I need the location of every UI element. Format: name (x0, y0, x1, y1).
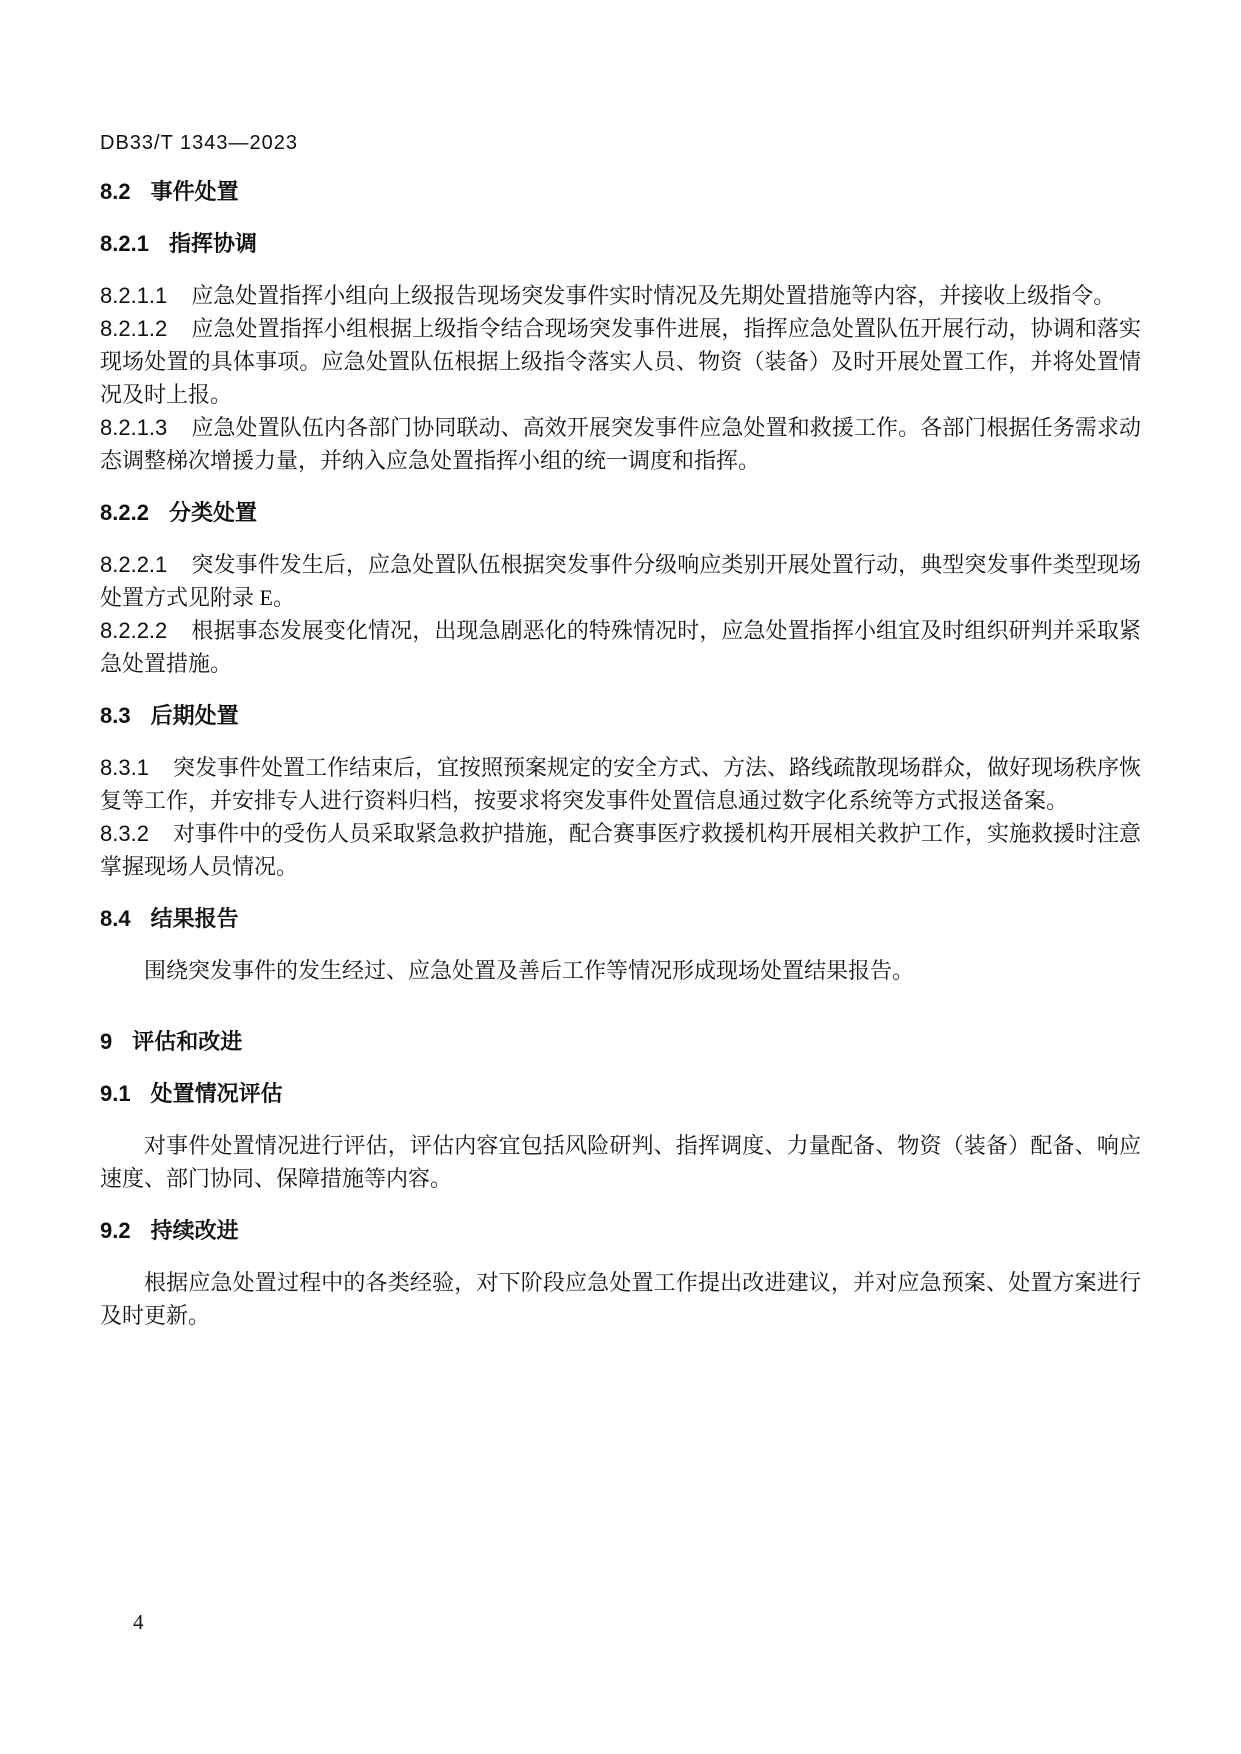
clause-number: 8.2.2.1 (100, 552, 167, 577)
document-page: DB33/T 1343—2023 8.2事件处置 8.2.1指挥协调 8.2.1… (0, 0, 1241, 1754)
paragraph-9-2-body: 根据应急处置过程中的各类经验，对下阶段应急处置工作提出改进建议，并对应急预案、处… (100, 1266, 1141, 1332)
heading-title: 后期处置 (151, 703, 239, 728)
clause-8-2-2-2: 8.2.2.2根据事态发展变化情况，出现急剧恶化的特殊情况时，应急处置指挥小组宜… (100, 614, 1141, 680)
heading-title: 评估和改进 (132, 1029, 242, 1054)
clause-text: 应急处置队伍内各部门协同联动、高效开展突发事件应急处置和救援工作。各部门根据任务… (100, 415, 1141, 473)
heading-number: 9.1 (100, 1081, 131, 1106)
clause-8-2-1-1: 8.2.1.1应急处置指挥小组向上级报告现场突发事件实时情况及先期处置措施等内容… (100, 279, 1141, 312)
heading-number: 8.3 (100, 703, 131, 728)
clause-number: 8.2.1.3 (100, 415, 167, 440)
clause-number: 8.3.1 (100, 755, 149, 780)
heading-9: 9评估和改进 (100, 1025, 1141, 1058)
heading-number: 9.2 (100, 1218, 131, 1243)
clause-8-3-2: 8.3.2对事件中的受伤人员采取紧急救护措施，配合赛事医疗救援机构开展相关救护工… (100, 817, 1141, 883)
heading-number: 8.2 (100, 179, 131, 204)
clause-8-2-1-2: 8.2.1.2应急处置指挥小组根据上级指令结合现场突发事件进展，指挥应急处置队伍… (100, 312, 1141, 411)
heading-number: 9 (100, 1029, 112, 1054)
heading-number: 8.2.2 (100, 500, 149, 525)
clause-text: 根据事态发展变化情况，出现急剧恶化的特殊情况时，应急处置指挥小组宜及时组织研判并… (100, 618, 1141, 676)
heading-9-2: 9.2持续改进 (100, 1214, 1141, 1247)
heading-title: 处置情况评估 (151, 1081, 283, 1106)
heading-title: 持续改进 (151, 1218, 239, 1243)
clause-number: 8.3.2 (100, 821, 149, 846)
heading-8-2: 8.2事件处置 (100, 175, 1141, 208)
page-number: 4 (133, 1610, 144, 1635)
clause-8-2-2-1: 8.2.2.1突发事件发生后，应急处置队伍根据突发事件分级响应类别开展处置行动，… (100, 548, 1141, 614)
heading-title: 指挥协调 (169, 231, 257, 256)
clause-8-3-1: 8.3.1突发事件处置工作结束后，宜按照预案规定的安全方式、方法、路线疏散现场群… (100, 751, 1141, 817)
paragraph-8-4-body: 围绕突发事件的发生经过、应急处置及善后工作等情况形成现场处置结果报告。 (100, 954, 1141, 987)
clause-number: 8.2.1.1 (100, 283, 167, 308)
paragraph-9-1-body: 对事件处置情况进行评估，评估内容宜包括风险研判、指挥调度、力量配备、物资（装备）… (100, 1129, 1141, 1195)
heading-8-2-1: 8.2.1指挥协调 (100, 227, 1141, 260)
clause-text: 应急处置指挥小组根据上级指令结合现场突发事件进展，指挥应急处置队伍开展行动，协调… (100, 316, 1141, 407)
heading-9-1: 9.1处置情况评估 (100, 1077, 1141, 1110)
clause-8-2-1-3: 8.2.1.3应急处置队伍内各部门协同联动、高效开展突发事件应急处置和救援工作。… (100, 411, 1141, 477)
heading-8-2-2: 8.2.2分类处置 (100, 496, 1141, 529)
standard-number-header: DB33/T 1343—2023 (100, 130, 1141, 156)
document-content: DB33/T 1343—2023 8.2事件处置 8.2.1指挥协调 8.2.1… (100, 130, 1141, 1332)
clause-text: 应急处置指挥小组向上级报告现场突发事件实时情况及先期处置措施等内容，并接收上级指… (191, 283, 1115, 308)
heading-8-4: 8.4结果报告 (100, 902, 1141, 935)
clause-text: 对事件中的受伤人员采取紧急救护措施，配合赛事医疗救援机构开展相关救护工作，实施救… (100, 821, 1141, 879)
clause-number: 8.2.2.2 (100, 618, 167, 643)
clause-number: 8.2.1.2 (100, 316, 167, 341)
heading-title: 分类处置 (169, 500, 257, 525)
clause-text: 突发事件处置工作结束后，宜按照预案规定的安全方式、方法、路线疏散现场群众，做好现… (100, 755, 1141, 813)
heading-number: 8.4 (100, 906, 131, 931)
heading-title: 事件处置 (151, 179, 239, 204)
clause-text: 突发事件发生后，应急处置队伍根据突发事件分级响应类别开展处置行动，典型突发事件类… (100, 552, 1141, 610)
heading-number: 8.2.1 (100, 231, 149, 256)
heading-8-3: 8.3后期处置 (100, 699, 1141, 732)
heading-title: 结果报告 (151, 906, 239, 931)
